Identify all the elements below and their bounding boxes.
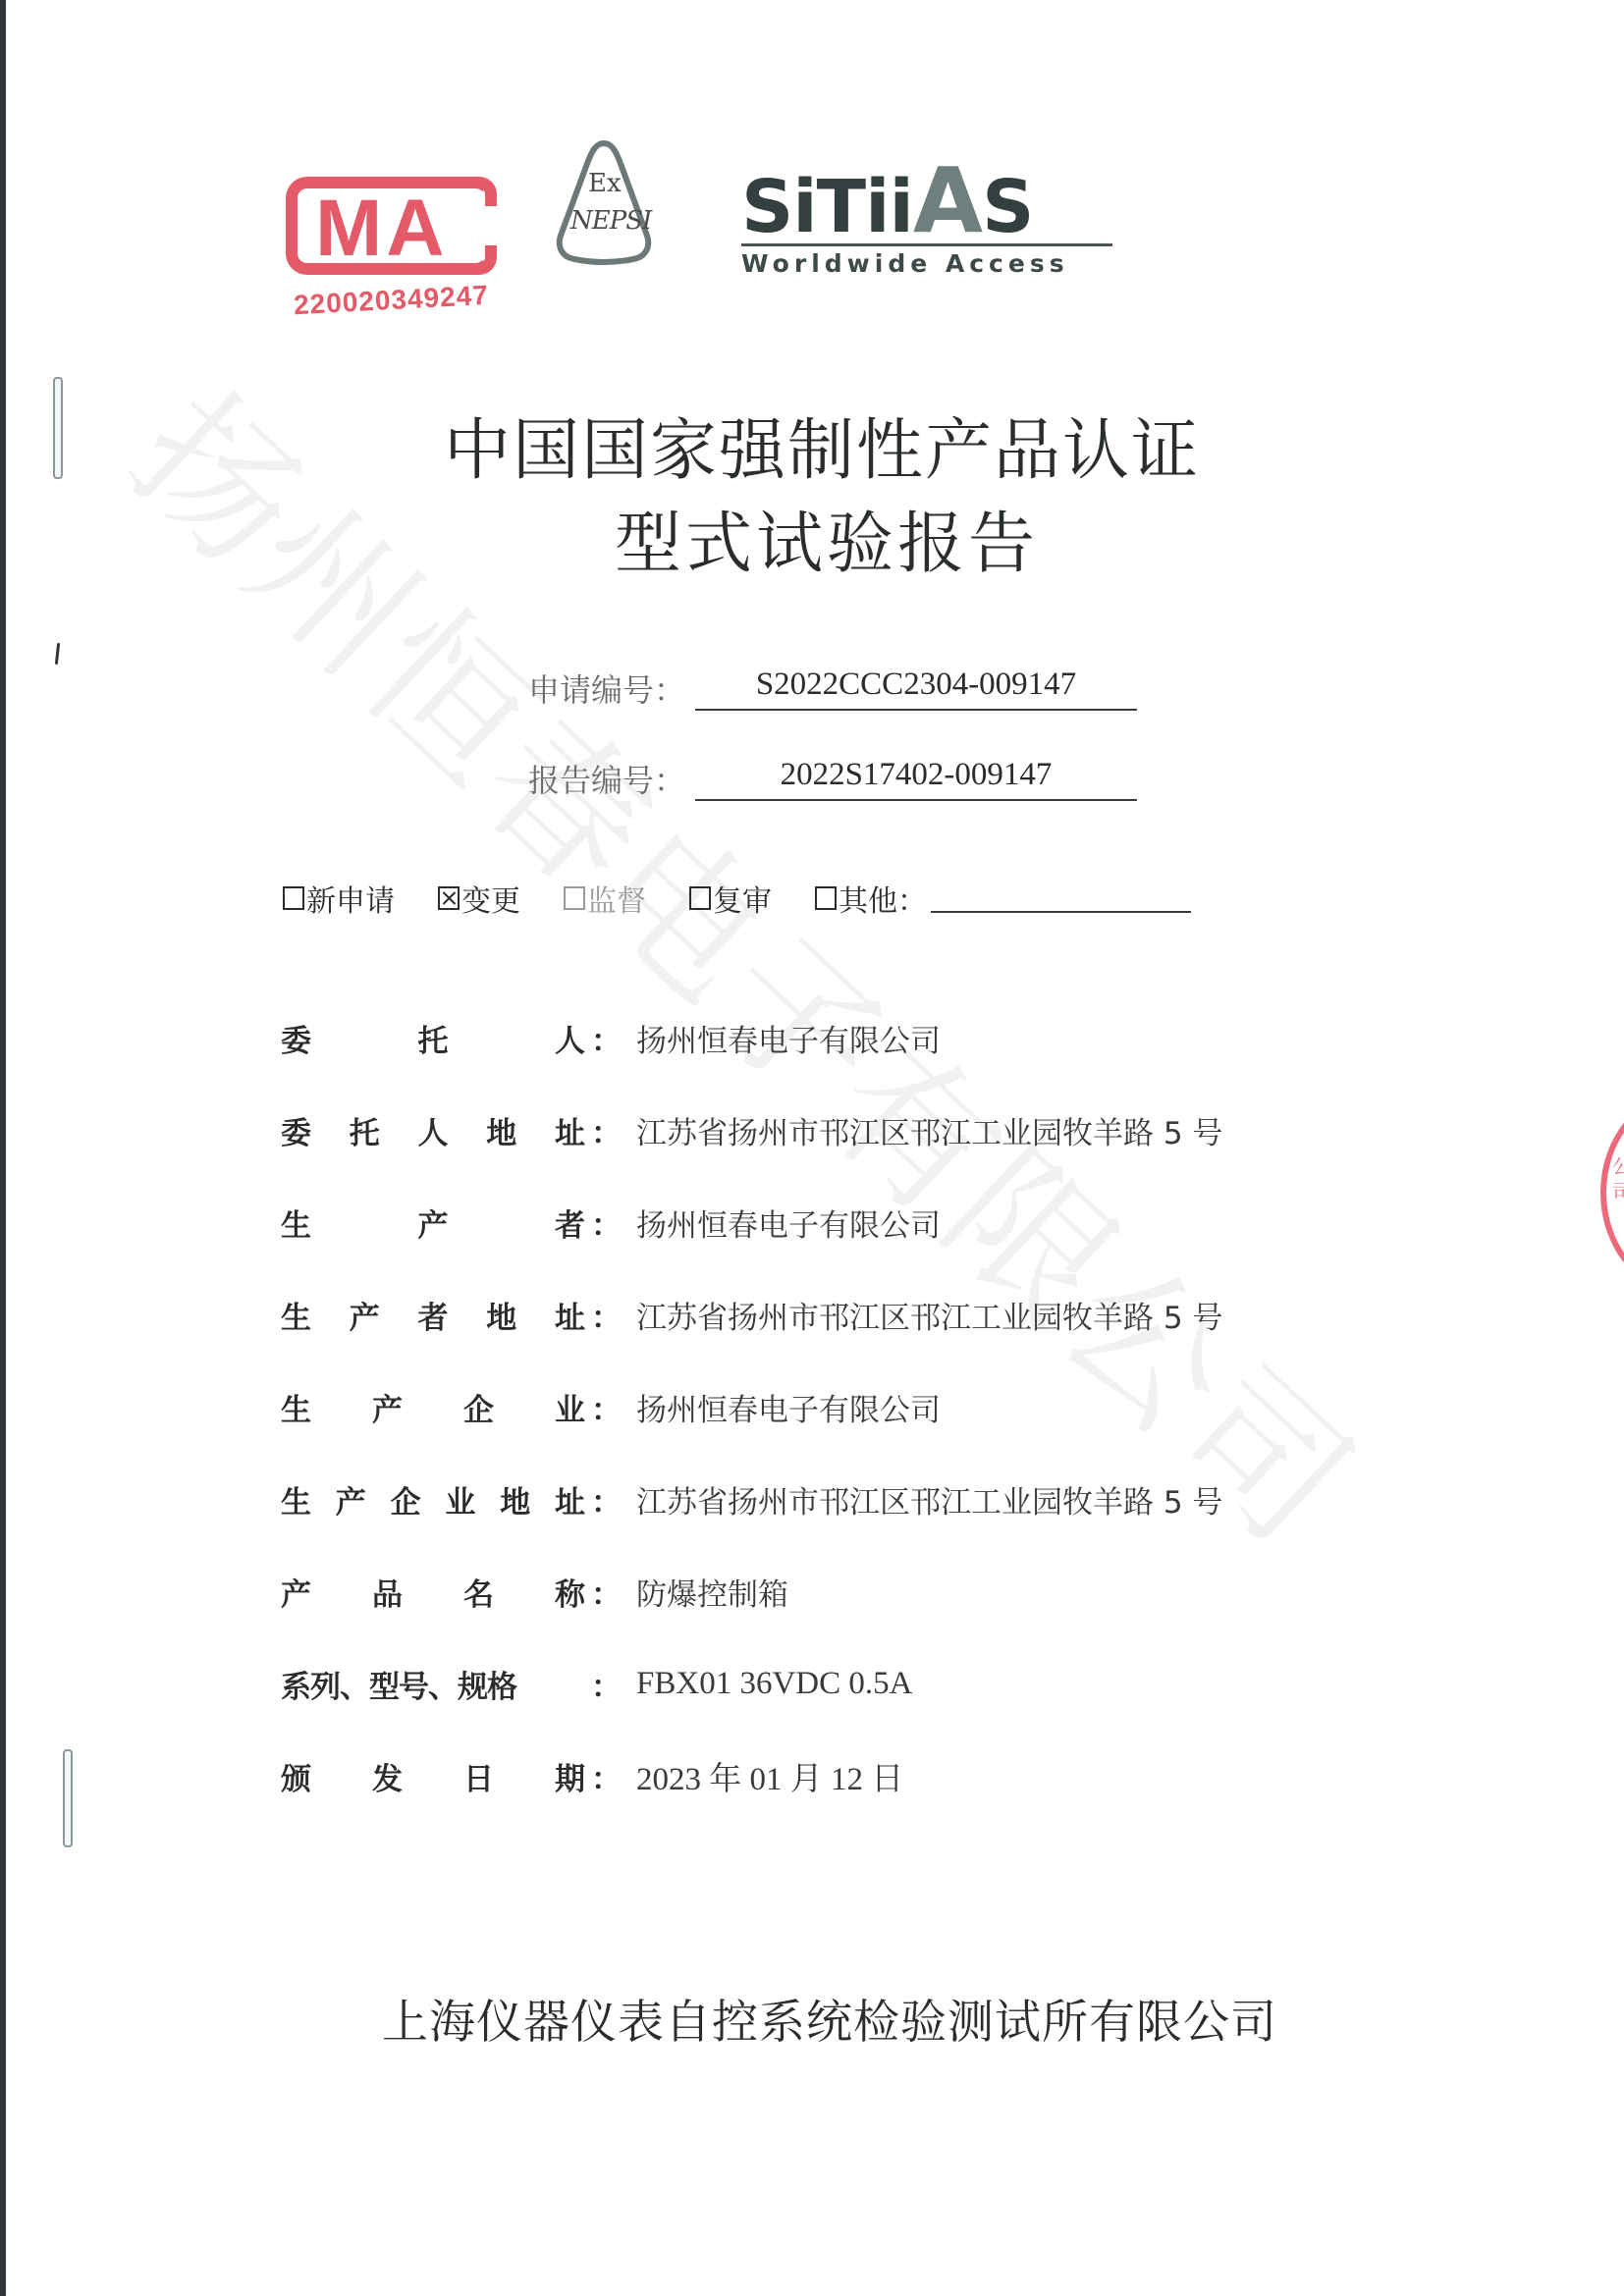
report-number-row: 报告编号： 2022S17402-009147 [528, 756, 1137, 801]
other-blank-line [931, 883, 1191, 913]
info-row-factory-address: 生产企业地址 ： 江苏省扬州市邗江区邗江工业园牧羊路 5 号 [281, 1453, 1222, 1545]
colon: ： [591, 1570, 611, 1614]
logo-row: MA 220020349247 Ex NEPSI SiTiiAS Worldwi… [280, 128, 1124, 334]
info-label: 生产者 [281, 1201, 585, 1245]
info-label: 生产者地址 [281, 1293, 585, 1337]
info-row-client-address: 委托人地址 ： 江苏省扬州市邗江区邗江工业园牧羊路 5 号 [281, 1084, 1222, 1176]
checkbox-label: 监督 [587, 877, 646, 920]
report-title-line-2: 型式试验报告 [0, 491, 1624, 586]
checkbox-label: 新申请 [306, 877, 395, 920]
info-label: 生产企业 [281, 1385, 585, 1429]
info-value: 防爆控制箱 [636, 1570, 788, 1614]
checkbox-label: 复审 [713, 877, 772, 920]
colon: ： [591, 1754, 611, 1798]
nepsi-logo: Ex NEPSI [555, 137, 653, 265]
info-label: 委托人地址 [281, 1108, 585, 1152]
checkbox-supervision: 监督 [564, 877, 646, 920]
info-row-manufacturer: 生产者 ： 扬州恒春电子有限公司 [281, 1176, 1222, 1268]
info-value: 扬州恒春电子有限公司 [636, 1385, 941, 1429]
unchecked-box-icon [815, 886, 837, 910]
info-label: 生产企业地址 [281, 1477, 585, 1522]
checkbox-label: 其他： [839, 877, 927, 920]
sitiias-divider [741, 243, 1112, 246]
application-number-value: S2022CCC2304-009147 [695, 667, 1137, 711]
info-value: 江苏省扬州市邗江区邗江工业园牧羊路 5 号 [636, 1293, 1222, 1337]
checkbox-change: 变更 [438, 877, 520, 920]
info-value: 江苏省扬州市邗江区邗江工业园牧羊路 5 号 [636, 1108, 1222, 1152]
info-row-model-spec: 系列、型号、规格 ： FBX01 36VDC 0.5A [281, 1637, 1222, 1730]
sitiias-tagline: Worldwide Access [741, 249, 1069, 278]
cma-certificate-number: 220020349247 [293, 280, 489, 321]
checked-box-icon [438, 886, 460, 910]
pen-mark [55, 643, 60, 665]
application-number-row: 申请编号： S2022CCC2304-009147 [528, 666, 1137, 711]
info-row-product-name: 产品名称 ： 防爆控制箱 [281, 1545, 1222, 1637]
sitiias-word-prefix: SiTii [741, 165, 913, 249]
sitiias-logo: SiTiiAS Worldwide Access [741, 135, 1119, 283]
info-row-client: 委托人 ： 扬州恒春电子有限公司 [281, 991, 1222, 1084]
report-number-label: 报告编号： [528, 756, 695, 801]
sitiias-wordmark: SiTiiAS [741, 165, 1033, 243]
checkbox-new-application: 新申请 [283, 877, 395, 920]
colon: ： [591, 1293, 611, 1337]
cma-logo: MA 220020349247 [286, 167, 512, 334]
application-type-checkboxes: 新申请 变更 监督 复审 其他： [283, 877, 1191, 920]
report-title-line-1: 中国国家强制性产品认证 [0, 398, 1624, 493]
issuing-organization: 上海仪器仪表自控系统检验测试所有限公司 [0, 1986, 1624, 2052]
info-label: 颁发日期 [281, 1754, 585, 1798]
info-label: 系列、型号、规格 [281, 1662, 585, 1706]
unchecked-box-icon [564, 886, 585, 910]
info-row-manufacturer-address: 生产者地址 ： 江苏省扬州市邗江区邗江工业园牧羊路 5 号 [281, 1268, 1222, 1361]
page-edge-shadow [0, 0, 6, 2296]
colon: ： [591, 1201, 611, 1245]
info-row-factory: 生产企业 ： 扬州恒春电子有限公司 [281, 1361, 1222, 1453]
info-value: 扬州恒春电子有限公司 [636, 1201, 941, 1245]
nepsi-triangle-icon [555, 137, 653, 265]
info-row-issue-date: 颁发日期 ： 2023 年 01 月 12 日 [281, 1730, 1222, 1822]
sitiias-word-suffix: S [982, 165, 1033, 249]
info-label: 产品名称 [281, 1570, 585, 1614]
report-details: 委托人 ： 扬州恒春电子有限公司 委托人地址 ： 江苏省扬州市邗江区邗江工业园牧… [281, 991, 1222, 1822]
unchecked-box-icon [283, 886, 304, 910]
colon: ： [591, 1662, 611, 1706]
checkbox-re-review: 复审 [689, 877, 772, 920]
report-number-value: 2022S17402-009147 [695, 757, 1137, 801]
colon: ： [591, 1016, 611, 1060]
application-number-label: 申请编号： [528, 666, 695, 711]
nepsi-ex-mark: Ex [588, 169, 622, 198]
info-label: 委托人 [281, 1016, 585, 1060]
punch-hole-mark [63, 1749, 73, 1847]
info-value: 2023 年 01 月 12 日 [636, 1753, 903, 1799]
info-value: 扬州恒春电子有限公司 [636, 1016, 941, 1060]
checkbox-other: 其他： [815, 877, 1191, 920]
colon: ： [591, 1477, 611, 1522]
seal-partial-text: 公 司 [1612, 1153, 1624, 1204]
nepsi-name: NEPSI [570, 206, 651, 236]
cma-letters: MA [315, 188, 449, 269]
info-value: 江苏省扬州市邗江区邗江工业园牧羊路 5 号 [636, 1477, 1222, 1522]
colon: ： [591, 1385, 611, 1429]
sitiias-word-a: A [913, 148, 982, 253]
checkbox-label: 变更 [461, 877, 520, 920]
unchecked-box-icon [689, 886, 711, 910]
info-value: FBX01 36VDC 0.5A [636, 1666, 912, 1702]
colon: ： [591, 1108, 611, 1152]
